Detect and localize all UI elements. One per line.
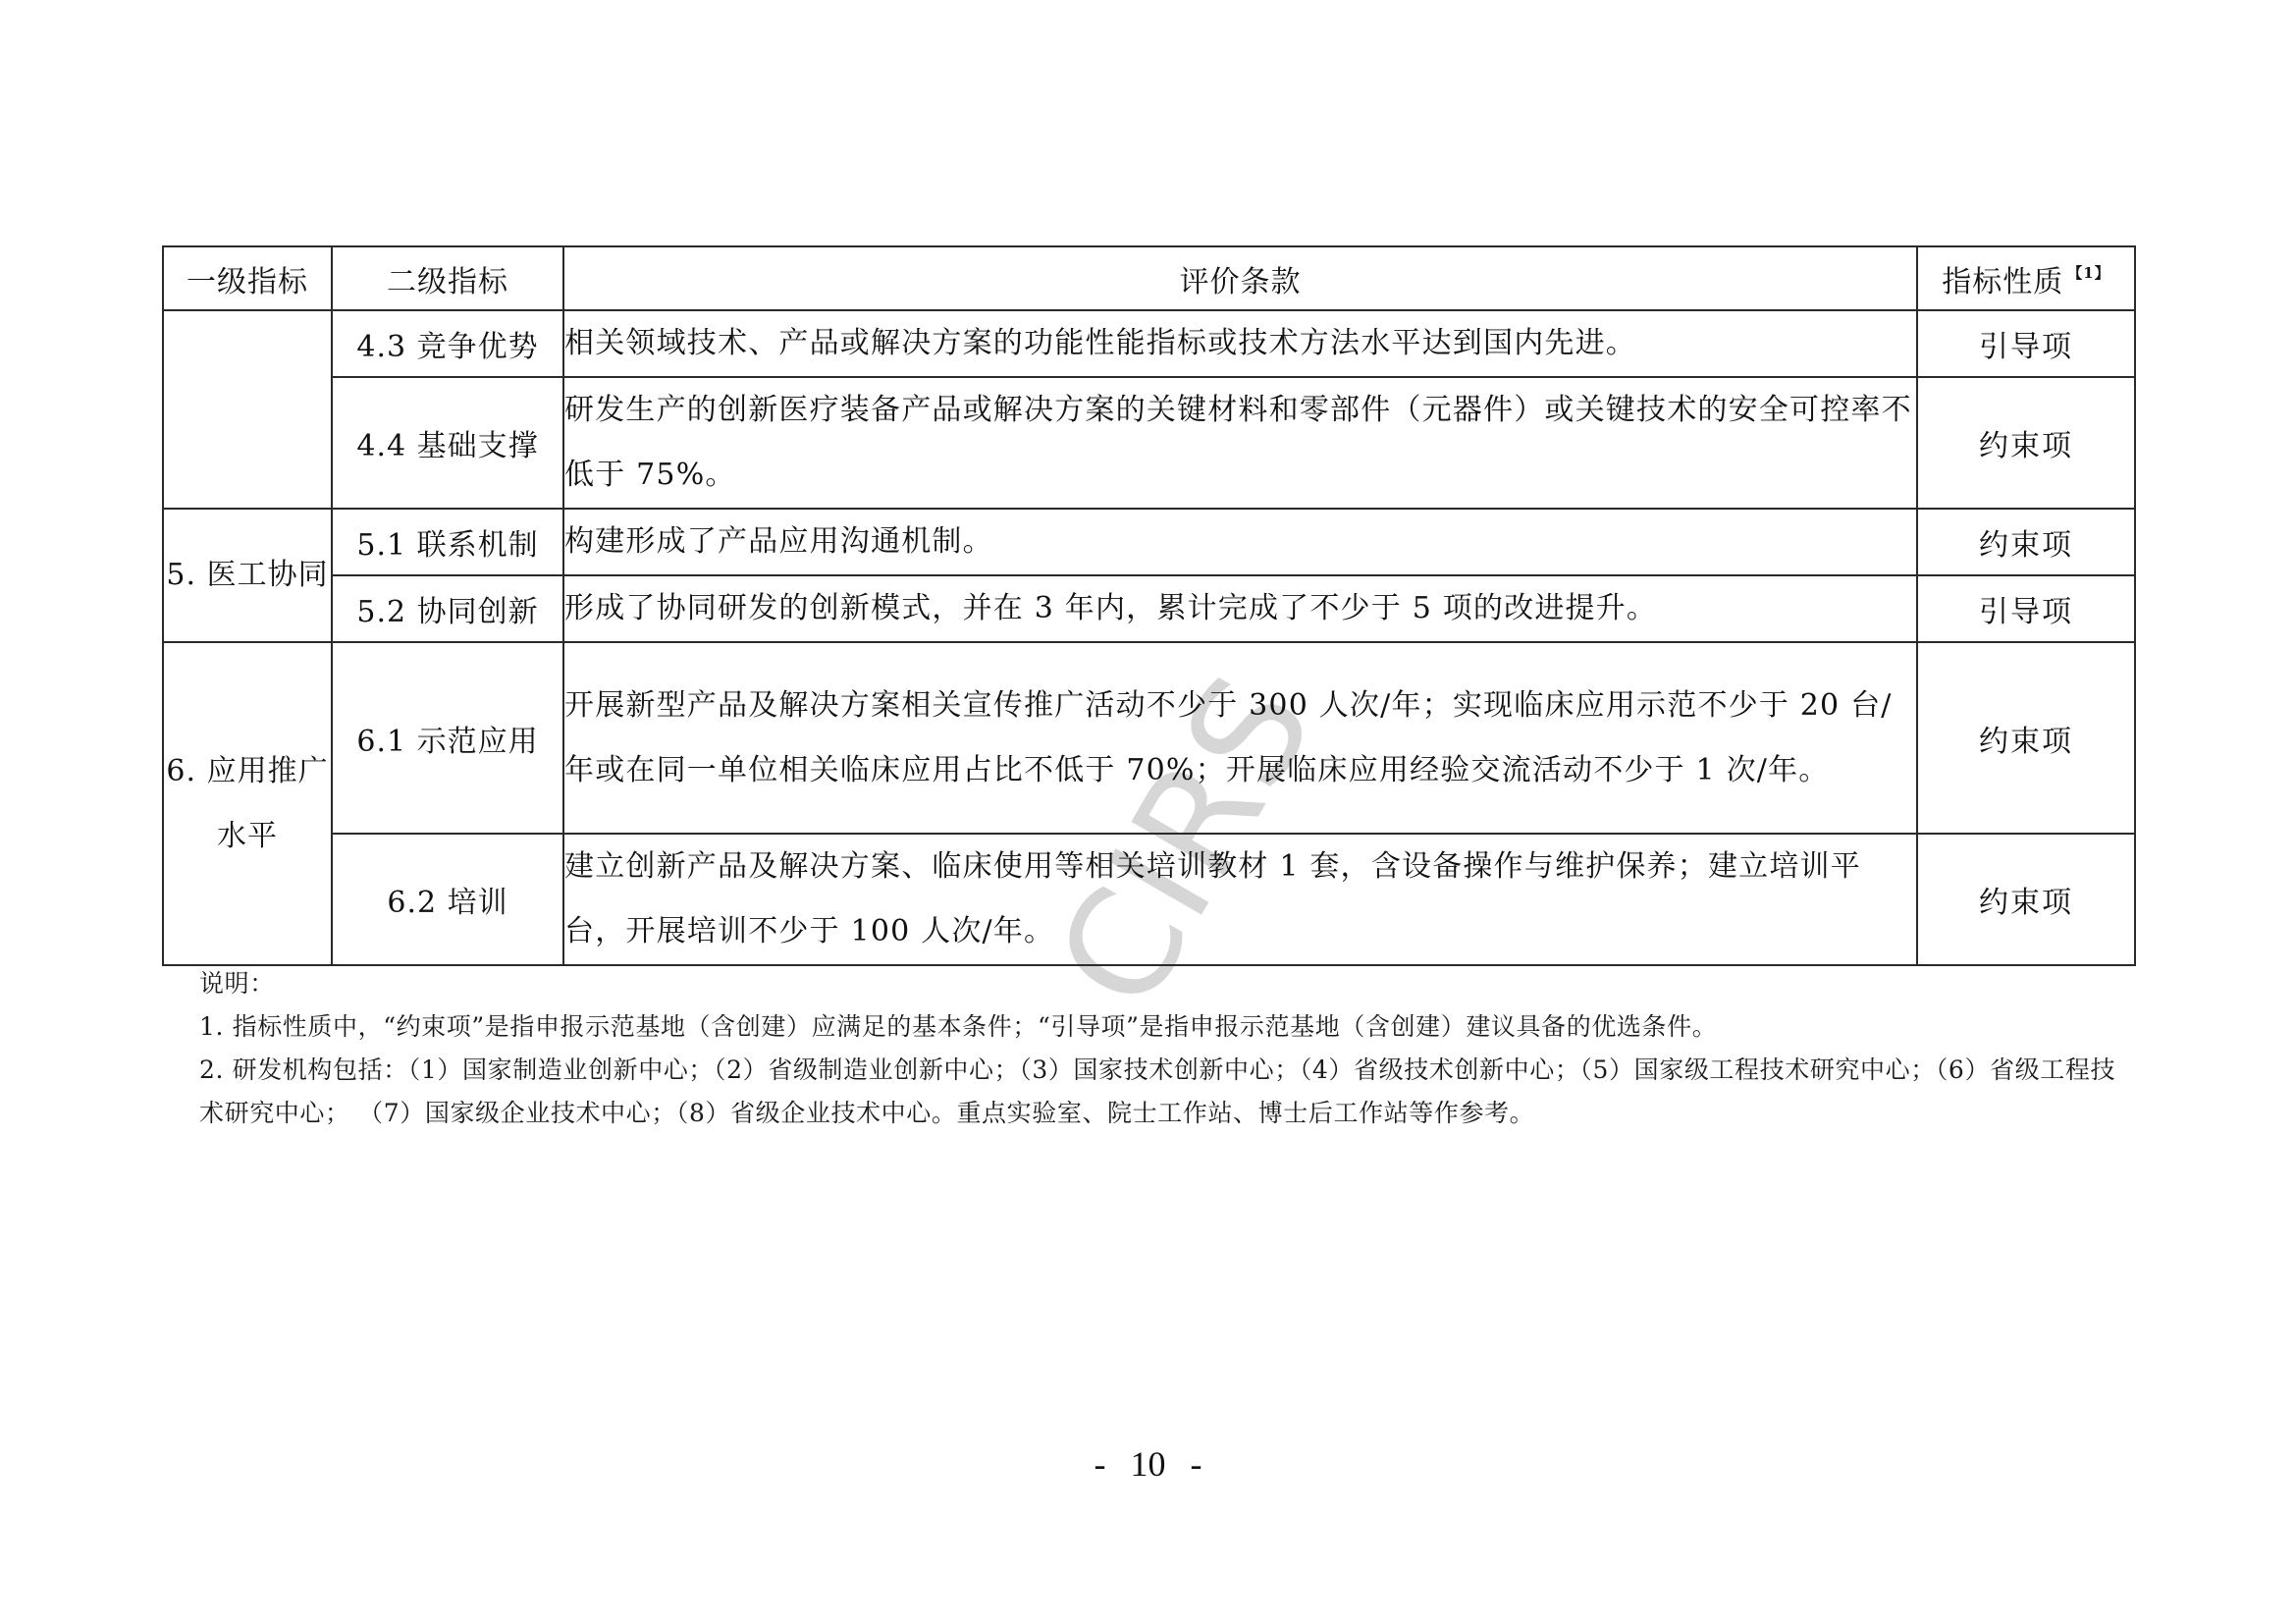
- nature-cell: 约束项: [1917, 642, 2135, 834]
- clause-cell: 研发生产的创新医疗装备产品或解决方案的关键材料和零部件（元器件）或关键技术的安全…: [563, 377, 1917, 509]
- clause-cell: 建立创新产品及解决方案、临床使用等相关培训教材 1 套，含设备操作与维护保养；建…: [563, 834, 1917, 965]
- level1-cell: 5. 医工协同: [163, 509, 332, 642]
- level2-cell: 6.2 培训: [332, 834, 563, 965]
- table-row: 6. 应用推广水平 6.1 示范应用 开展新型产品及解决方案相关宣传推广活动不少…: [163, 642, 2135, 834]
- level1-cell: 6. 应用推广水平: [163, 642, 332, 965]
- clause-cell: 构建形成了产品应用沟通机制。: [563, 509, 1917, 575]
- nature-cell: 引导项: [1917, 310, 2135, 377]
- header-level2: 二级指标: [332, 246, 563, 310]
- level2-cell: 4.3 竞争优势: [332, 310, 563, 377]
- note-item-2: 2. 研发机构包括：（1）国家制造业创新中心；（2）省级制造业创新中心；（3）国…: [199, 1049, 2123, 1135]
- note-item-1: 1. 指标性质中，“约束项”是指申报示范基地（含创建）应满足的基本条件；“引导项…: [199, 1005, 2123, 1049]
- document-page: CIRS 一级指标 二级指标 评价条款 指标性质【1】 4.3 竞争优势 相关领…: [0, 0, 2296, 1624]
- notes-title: 说明：: [199, 962, 2123, 1005]
- nature-cell: 约束项: [1917, 377, 2135, 509]
- clause-cell: 相关领域技术、产品或解决方案的功能性能指标或技术方法水平达到国内先进。: [563, 310, 1917, 377]
- level2-cell: 5.1 联系机制: [332, 509, 563, 575]
- nature-cell: 约束项: [1917, 834, 2135, 965]
- level2-cell: 5.2 协同创新: [332, 575, 563, 642]
- header-nature-label: 指标性质: [1942, 265, 2063, 299]
- notes-section: 说明： 1. 指标性质中，“约束项”是指申报示范基地（含创建）应满足的基本条件；…: [199, 962, 2123, 1135]
- nature-cell: 约束项: [1917, 509, 2135, 575]
- level2-cell: 4.4 基础支撑: [332, 377, 563, 509]
- header-clause: 评价条款: [563, 246, 1917, 310]
- header-level1: 一级指标: [163, 246, 332, 310]
- header-nature: 指标性质【1】: [1917, 246, 2135, 310]
- table-row: 6.2 培训 建立创新产品及解决方案、临床使用等相关培训教材 1 套，含设备操作…: [163, 834, 2135, 965]
- table-row: 5. 医工协同 5.1 联系机制 构建形成了产品应用沟通机制。 约束项: [163, 509, 2135, 575]
- page-number: - 10 -: [0, 1443, 2296, 1485]
- nature-cell: 引导项: [1917, 575, 2135, 642]
- table-row: 5.2 协同创新 形成了协同研发的创新模式，并在 3 年内，累计完成了不少于 5…: [163, 575, 2135, 642]
- table-row: 4.3 竞争优势 相关领域技术、产品或解决方案的功能性能指标或技术方法水平达到国…: [163, 310, 2135, 377]
- level2-cell: 6.1 示范应用: [332, 642, 563, 834]
- clause-cell: 开展新型产品及解决方案相关宣传推广活动不少于 300 人次/年；实现临床应用示范…: [563, 642, 1917, 834]
- footnote-marker: 【1】: [2067, 264, 2109, 282]
- level1-cell-blank: [163, 310, 332, 509]
- evaluation-criteria-table: 一级指标 二级指标 评价条款 指标性质【1】 4.3 竞争优势 相关领域技术、产…: [162, 245, 2136, 966]
- table-header-row: 一级指标 二级指标 评价条款 指标性质【1】: [163, 246, 2135, 310]
- clause-cell: 形成了协同研发的创新模式，并在 3 年内，累计完成了不少于 5 项的改进提升。: [563, 575, 1917, 642]
- table-row: 4.4 基础支撑 研发生产的创新医疗装备产品或解决方案的关键材料和零部件（元器件…: [163, 377, 2135, 509]
